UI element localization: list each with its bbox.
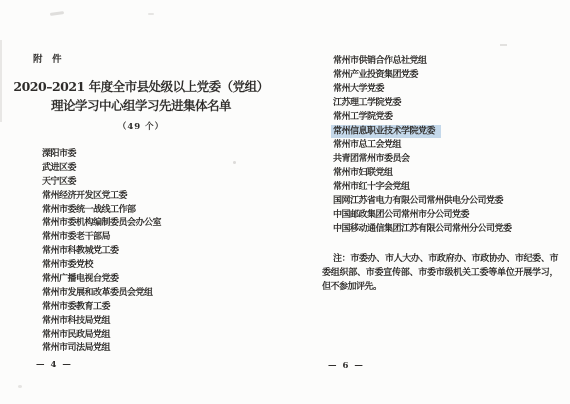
scan-smudge [50,11,64,16]
list-item: 常州市委统一战线工作部 [42,204,161,218]
list-item: 常州市委老干部局 [42,231,161,245]
list-item: 常州市委教育工委 [42,301,161,315]
list-item: 常州市科教城党工委 [42,245,161,259]
document-title-line1: 2020–2021 年度全市县处级以上党委（党组） [8,78,274,97]
list-item: 中国邮政集团公司常州市分公司党委 [333,208,512,222]
note-paragraph: 注：市委办、市人大办、市政府办、市政协办、市纪委、市委组织部、市委宣传部、市委市… [322,252,558,295]
left-page-list: 溧阳市委 武进区委 天宁区委 常州经济开发区党工委 常州市委统一战线工作部 常州… [42,148,161,356]
list-item: 常州市红十字会党组 [333,180,512,194]
list-item: 常州经济开发区党工委 [42,190,161,204]
scan-smudge [148,13,154,15]
list-item: 常州工学院党委 [333,110,512,124]
list-item: 常州市供销合作总社党组 [333,54,512,68]
list-item: 常州广播电视台党委 [42,273,161,287]
scan-smudge [500,44,507,46]
list-item: 武进区委 [42,162,161,176]
page-number-left: — 4 — [36,360,72,370]
page-number-right: — 6 — [328,361,364,371]
scan-smudge [233,161,236,164]
list-item: 常州市发展和改革委员会党组 [42,287,161,301]
list-item: 溧阳市委 [42,148,161,162]
right-page-list: 常州市供销合作总社党组 常州产业投资集团党委 常州大学党委 江苏理工学院党委 常… [333,54,512,236]
list-item: 天宁区委 [42,176,161,190]
list-item: 常州大学党委 [333,82,512,96]
scanned-document: 附 件 2020–2021 年度全市县处级以上党委（党组） 理论学习中心组学习先… [0,0,570,404]
list-item: 共青团常州市委员会 [333,152,512,166]
list-item: 常州市总工会党组 [333,138,512,152]
list-item: 常州市科技局党组 [42,315,161,329]
count-label: （49 个） [8,120,274,132]
scan-edge-line [0,40,2,122]
list-item: 国网江苏省电力有限公司常州供电分公司党委 [333,194,512,208]
scan-smudge [18,385,22,388]
list-item: 常州市委党校 [42,259,161,273]
document-title: 2020–2021 年度全市县处级以上党委（党组） 理论学习中心组学习先进集体名… [8,78,274,115]
highlighted-list-item: 常州信息职业技术学院党委 [331,125,441,138]
list-item: 常州产业投资集团党委 [333,68,512,82]
list-item: 常州信息职业技术学院党委 [333,124,512,138]
list-item: 中国移动通信集团江苏有限公司常州分公司党委 [333,222,512,236]
list-item: 常州市妇联党组 [333,166,512,180]
list-item: 常州市委机构编制委员会办公室 [42,217,161,231]
list-item: 常州市民政局党组 [42,329,161,343]
list-item: 江苏理工学院党委 [333,96,512,110]
document-title-line2: 理论学习中心组学习先进集体名单 [8,97,274,116]
attachment-label: 附 件 [33,51,63,65]
list-item: 常州市司法局党组 [42,342,161,356]
